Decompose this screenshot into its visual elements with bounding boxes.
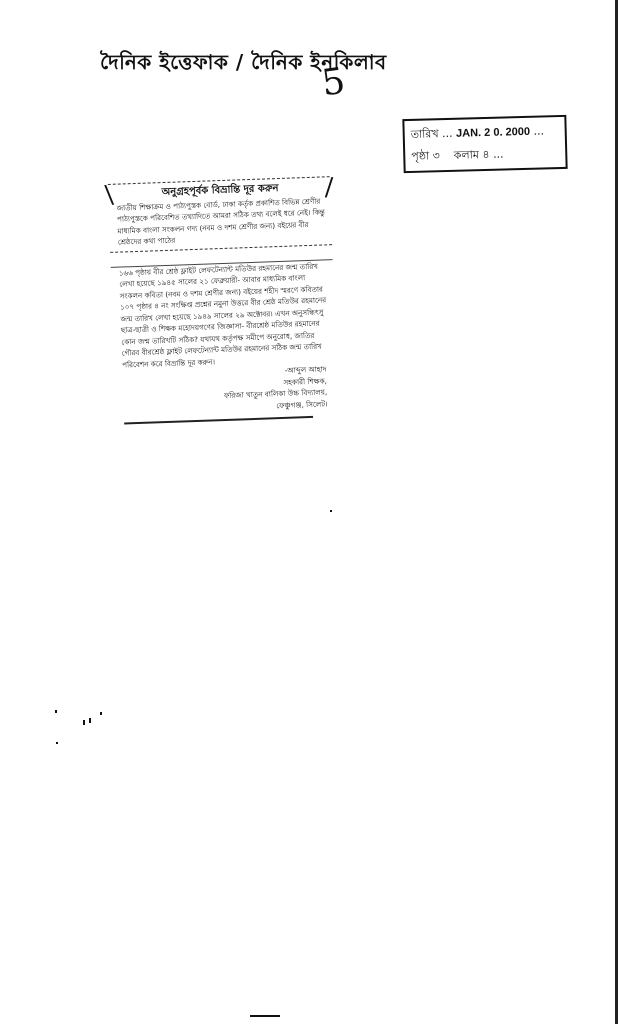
stamp-column-label: কলাম [454,148,480,162]
scan-speck [250,1015,280,1017]
scan-speck [83,720,85,725]
scan-speck [56,742,58,744]
scan-speck [100,712,102,715]
stamp-column-value: ৪ [482,148,489,161]
stamp-page-row: পৃষ্ঠা ৩ কলাম ৪ ... [411,146,504,167]
scan-speck [330,510,332,512]
clipping-paragraph-1: জাতীয় শিক্ষাক্রম ও পাঠ্যপুস্তক বোর্ড, ঢ… [116,195,325,248]
stamp-page-label: পৃষ্ঠা [411,149,429,162]
clipping-paragraph-2: ১৬৬ পৃষ্ঠায় বীর শ্রেষ্ঠ ফ্লাইট লেফটেন্য… [119,260,332,371]
stamp-date-label: তারিখ [411,127,439,141]
stamp-page-value: ৩ [432,149,439,162]
clipping-intro-box: অনুগ্রহপূর্বক বিভ্রান্তি দূর করুন জাতীয়… [108,176,332,252]
stamp-date-value: JAN. 2 0. 2000 [456,126,530,140]
clipping-body: ১৬৬ পৃষ্ঠায় বীর শ্রেষ্ঠ ফ্লাইট লেফটেন্য… [111,259,339,429]
stamp-date-row: তারিখ ... JAN. 2 0. 2000 ... [411,122,545,144]
newspaper-clipping: অনুগ্রহপূর্বক বিভ্রান্তি দূর করুন জাতীয়… [108,176,338,429]
scan-speck [89,718,91,723]
scan-speck [55,710,57,713]
clipping-bottom-rule [124,416,313,425]
date-stamp: তারিখ ... JAN. 2 0. 2000 ... পৃষ্ঠা ৩ কল… [402,115,567,173]
